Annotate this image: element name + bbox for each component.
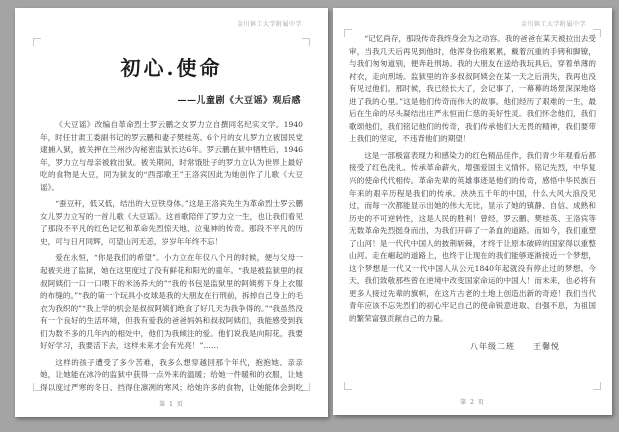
paragraph[interactable]: 这样的孩子遭受了多少苦难，我多么想穿越回那个年代，抱抱她、亲亲她，让她能在冰冷的…	[40, 357, 303, 395]
document-page-1[interactable]: 金川镇工大学附属中学 初心.使命 ——儿童剧《大豆谣》观后感 《大豆谣》改编自革…	[15, 8, 328, 417]
page-number-footer: 第 2 页	[333, 397, 612, 406]
page-1-text-area[interactable]: 初心.使命 ——儿童剧《大豆谣》观后感 《大豆谣》改编自革命烈士罗云鹏之女罗力立…	[40, 8, 303, 395]
paragraph[interactable]: 爱在永恒，“你是我们的希望”。小力立在年仅八个月的时候，便与父母一起被关进了监狱…	[40, 252, 303, 352]
document-view-canvas: 金川镇工大学附属中学 初心.使命 ——儿童剧《大豆谣》观后感 《大豆谣》改编自革…	[0, 0, 619, 432]
essay-body-page-2: “记忆尚存，那段传奇我终身会为之动容。我的爸爸在某天被拉出去受审，当我几天后再见…	[349, 33, 596, 326]
text-boundary-mark	[302, 38, 310, 46]
page-2-text-area[interactable]: “记忆尚存，那段传奇我终身会为之动容。我的爸爸在某天被拉出去受审，当我几天后再见…	[349, 8, 596, 393]
page-number-footer: 第 1 页	[15, 399, 328, 408]
paragraph[interactable]: “蚕豆秆，低又低，结出的大豆铁身体。”这是王洛宾先生为革命烈士罗云鹏女儿罗力立写…	[40, 198, 303, 248]
essay-subtitle[interactable]: ——儿童剧《大豆谣》观后感	[40, 93, 301, 106]
paragraph[interactable]: 《大豆谣》改编自革命烈士罗云鹏之女罗力立自撰同名纪实文学。1940年，时任甘肃工…	[40, 119, 303, 194]
essay-body-page-1: 《大豆谣》改编自革命烈士罗云鹏之女罗力立自撰同名纪实文学。1940年，时任甘肃工…	[40, 119, 303, 395]
paragraph[interactable]: “记忆尚存，那段传奇我终身会为之动容。我的爸爸在某天被拉出去受审，当我几天后再见…	[349, 33, 596, 146]
text-boundary-mark	[302, 383, 310, 391]
paragraph[interactable]: 这是一部极富表现力和感染力的红色精品佳作，我们青少年观看后都接受了红色洗礼、传承…	[349, 150, 596, 326]
essay-title[interactable]: 初心.使命	[40, 52, 303, 81]
author-signature[interactable]: 八年级二班 王馨悦	[349, 341, 596, 352]
document-page-2[interactable]: 金川镇工大学附属中学 “记忆尚存，那段传奇我终身会为之动容。我的爸爸在某天被拉出…	[333, 8, 612, 415]
